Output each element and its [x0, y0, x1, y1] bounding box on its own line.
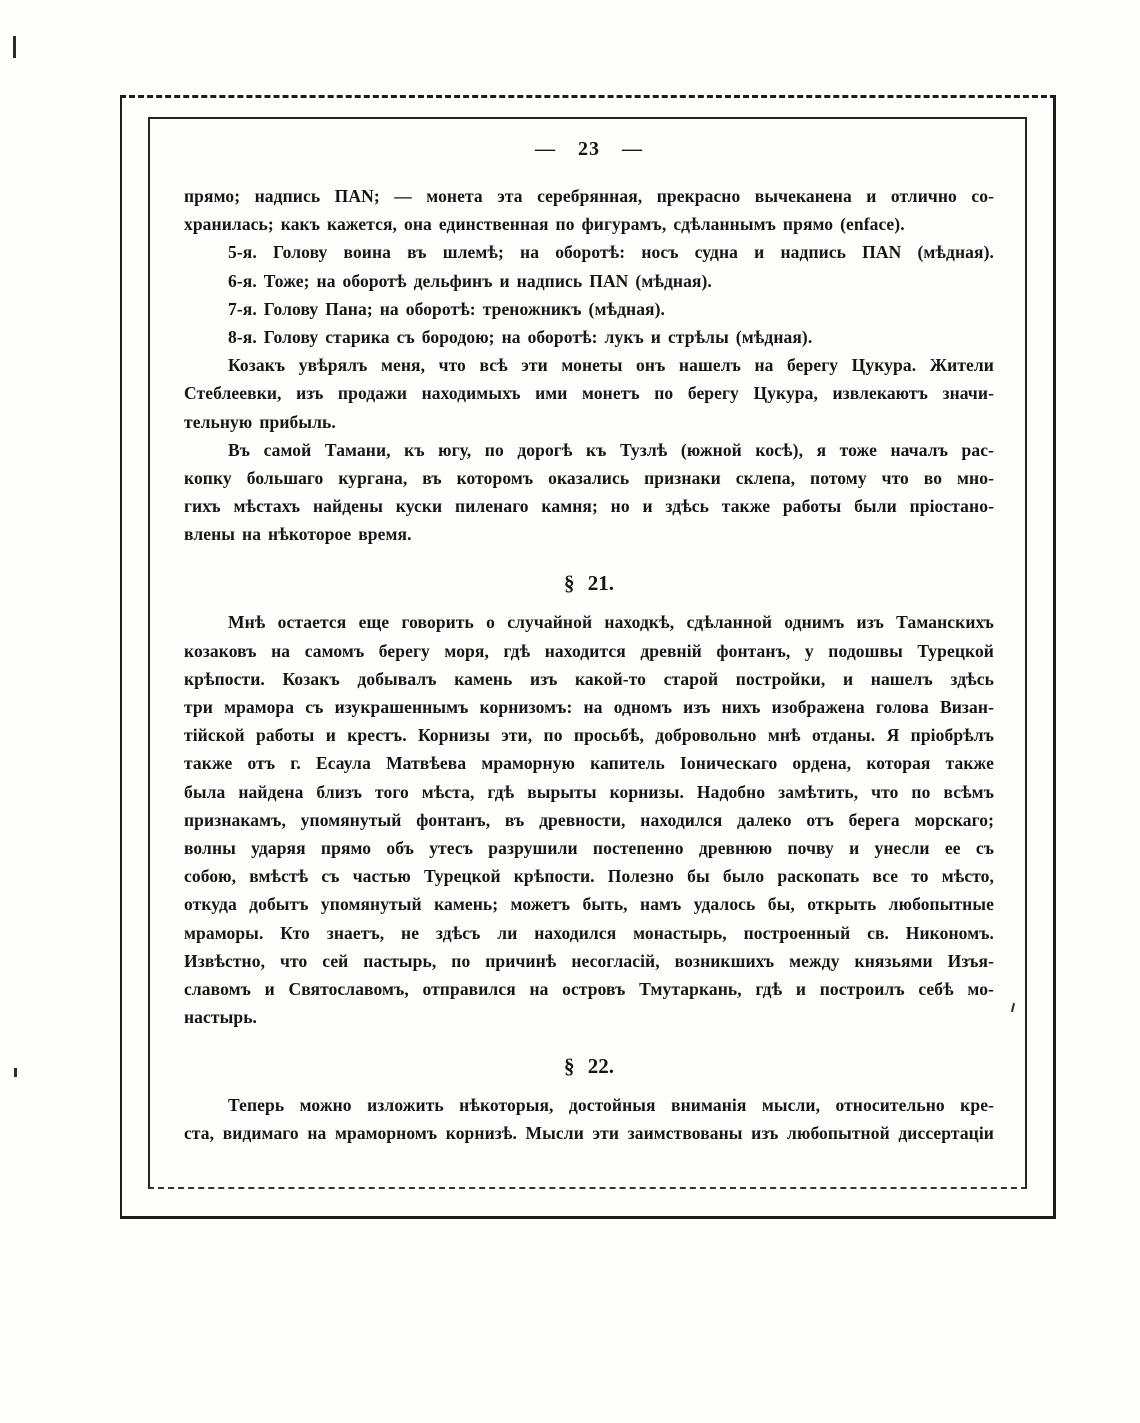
text-line: мраморы. Кто знаетъ, не здѣсъ ли находил…: [184, 919, 994, 947]
text-line: копку большаго кургана, въ которомъ оказ…: [184, 464, 994, 492]
text-line: собою, вмѣстѣ съ частью Турецкой крѣпост…: [184, 862, 994, 890]
text-line: Стеблеевки, изъ продажи находимыхъ ими м…: [184, 379, 994, 407]
text-line: тійской работы и крестъ. Корнизы эти, по…: [184, 721, 994, 749]
text-line: 5-я. Голову воина въ шлемѣ; на оборотѣ: …: [184, 238, 994, 266]
text-line: Извѣстно, что сей пастырь, по причинѣ не…: [184, 947, 994, 975]
scanned-book-page: — 23 — прямо; надпись ПАN; — монета эта …: [0, 0, 1140, 1423]
text-line: 8-я. Голову старика съ бородою; на оборо…: [184, 323, 994, 351]
text-line: гихъ мѣстахъ найдены куски пиленаго камн…: [184, 492, 994, 520]
text-line: козаковъ на самомъ берегу моря, гдѣ нахо…: [184, 637, 994, 665]
text-line: волны ударяя прямо объ утесъ разрушили п…: [184, 834, 994, 862]
text-line: признакамъ, упомянутый фонтанъ, въ древн…: [184, 806, 994, 834]
text-line: 6-я. Тоже; на оборотѣ дельфинъ и надпись…: [184, 267, 994, 295]
text-line: ста, видимаго на мраморномъ корнизѣ. Мыс…: [184, 1119, 994, 1147]
text-line: откуда добытъ упомянутый камень; можетъ …: [184, 890, 994, 918]
section-heading: § 21.: [184, 568, 994, 598]
text-line: Въ самой Тамани, къ югу, по дорогѣ къ Ту…: [184, 436, 994, 464]
page-number: — 23 —: [184, 138, 994, 161]
scan-artifact: [14, 1068, 17, 1077]
text-line: хранилась; какъ кажется, она единственна…: [184, 210, 994, 238]
page-number-right-dash: —: [622, 138, 643, 160]
text-line: Мнѣ остается еще говорить о случайной на…: [184, 608, 994, 636]
text-line: настырь.: [184, 1003, 994, 1031]
text-line: Козакъ увѣрялъ меня, что всѣ эти монеты …: [184, 351, 994, 379]
text-line: была найдена близъ того мѣста, гдѣ вырыт…: [184, 778, 994, 806]
text-line: славомъ и Святославомъ, отправился на ос…: [184, 975, 994, 1003]
page-text-body: прямо; надпись ПАN; — монета эта серебря…: [184, 182, 994, 1148]
section-heading: § 22.: [184, 1051, 994, 1081]
text-line: влены на нѣкоторое время.: [184, 520, 994, 548]
scan-artifact: [13, 36, 16, 58]
page-number-value: 23: [578, 138, 600, 160]
text-line: Теперь можно изложить нѣкоторыя, достойн…: [184, 1091, 994, 1119]
text-line: 7-я. Голову Пана; на оборотѣ: треножникъ…: [184, 295, 994, 323]
text-line: крѣпости. Козакъ добывалъ камень изъ как…: [184, 665, 994, 693]
text-line: тельную прибыль.: [184, 408, 994, 436]
page-number-left-dash: —: [535, 138, 556, 160]
text-line: три мрамора съ изукрашеннымъ корнизомъ: …: [184, 693, 994, 721]
text-line: также отъ г. Есаула Матвѣева мраморную к…: [184, 749, 994, 777]
text-line: прямо; надпись ПАN; — монета эта серебря…: [184, 182, 994, 210]
